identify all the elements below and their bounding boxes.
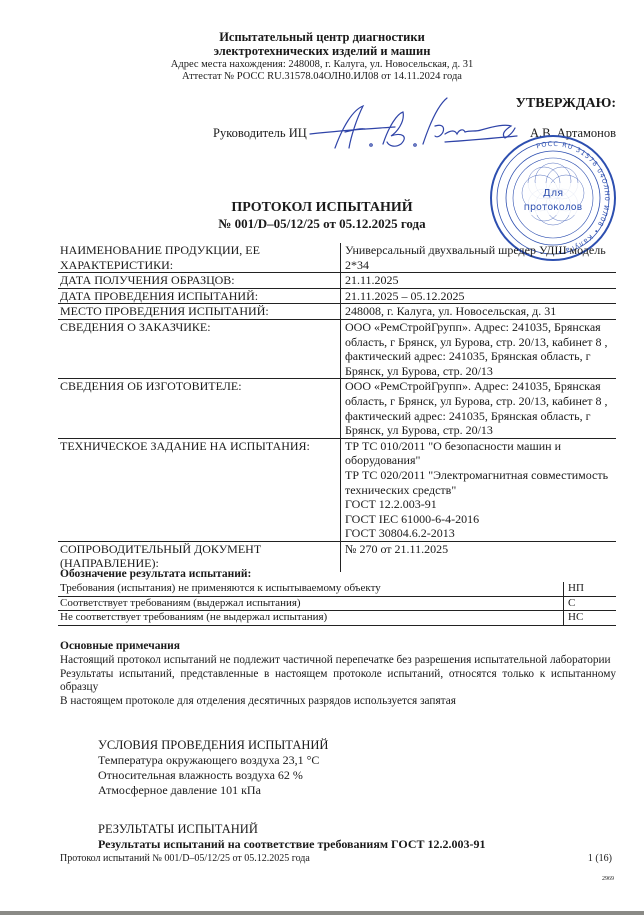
row-key: СВЕДЕНИЯ ОБ ИЗГОТОВИТЕЛЕ: [58,379,341,438]
legend-code: НС [564,611,617,626]
legend-row: Соответствует требованиям (выдержал испы… [58,596,616,611]
row-key: ДАТА ПОЛУЧЕНИЯ ОБРАЗЦОВ: [58,273,341,289]
legend-row: Не соответствует требованиям (не выдержа… [58,611,616,626]
standard-line: ТР ТС 010/2011 "О безопасности машин и о… [345,439,614,468]
row-key: ДАТА ПРОВЕДЕНИЯ ИСПЫТАНИЙ: [58,288,341,304]
legend-code: НП [564,582,617,596]
row-value: ТР ТС 010/2011 "О безопасности машин и о… [341,438,617,541]
row-value: № 270 от 21.11.2025 [341,541,617,572]
table-row: ТЕХНИЧЕСКОЕ ЗАДАНИЕ НА ИСПЫТАНИЯ: ТР ТС … [58,438,616,541]
notes-title: Основные примечания [60,640,180,652]
results-title: РЕЗУЛЬТАТЫ ИСПЫТАНИЙ [98,822,258,837]
protocol-title: ПРОТОКОЛ ИСПЫТАНИЙ [0,200,644,216]
protocol-number: № 001/D–05/12/25 от 05.12.2025 года [0,216,644,232]
table-row: МЕСТО ПРОВЕДЕНИЯ ИСПЫТАНИЙ: 248008, г. К… [58,304,616,320]
page-bottom-edge [0,911,644,915]
footer-page-number: 1 (16) [588,853,612,864]
legend-row: Требования (испытания) не применяются к … [58,582,616,596]
condition-humidity: Относительная влажность воздуха 62 % [98,768,303,783]
legend-text: Требования (испытания) не применяются к … [58,582,564,596]
standard-line: ГОСТ 30804.6.2-2013 [345,526,614,541]
standard-line: ТР ТС 020/2011 "Электромагнитная совмест… [345,468,614,497]
condition-temperature: Температура окружающего воздуха 23,1 °C [98,753,319,768]
approver-position: Руководитель ИЦ [213,126,307,141]
org-name-line2: электротехнических изделий и машин [0,44,644,59]
row-value: ООО «РемСтройГрупп». Адрес: 241035, Брян… [341,319,617,378]
table-row: НАИМЕНОВАНИЕ ПРОДУКЦИИ, ЕЕ ХАРАКТЕРИСТИК… [58,243,616,273]
results-subtitle: Результаты испытаний на соответствие тре… [98,837,486,852]
table-row: ДАТА ПРОВЕДЕНИЯ ИСПЫТАНИЙ: 21.11.2025 – … [58,288,616,304]
table-row: СВЕДЕНИЯ ОБ ИЗГОТОВИТЕЛЕ: ООО «РемСтройГ… [58,379,616,438]
legend-code: С [564,596,617,611]
row-key: СВЕДЕНИЯ О ЗАКАЗЧИКЕ: [58,319,341,378]
result-legend-table: Требования (испытания) не применяются к … [58,582,616,626]
row-key: МЕСТО ПРОВЕДЕНИЯ ИСПЫТАНИЙ: [58,304,341,320]
footer-code: 2969 [602,876,614,882]
notes-body: Настоящий протокол испытаний не подлежит… [60,654,616,708]
row-value: 21.11.2025 [341,273,617,289]
footer-protocol: Протокол испытаний № 001/D–05/12/25 от 0… [60,853,310,864]
row-value: ООО «РемСтройГрупп». Адрес: 241035, Брян… [341,379,617,438]
standard-line: ГОСТ IEC 61000-6-4-2016 [345,512,614,527]
approval-label: УТВЕРЖДАЮ: [516,96,616,112]
condition-pressure: Атмосферное давление 101 кПа [98,783,261,798]
row-value: 248008, г. Калуга, ул. Новосельская, д. … [341,304,617,320]
result-legend-title: Обозначение результата испытаний: [60,568,251,580]
org-name-line1: Испытательный центр диагностики [0,30,644,45]
standard-line: ГОСТ 12.2.003-91 [345,497,614,512]
table-row: ДАТА ПОЛУЧЕНИЯ ОБРАЗЦОВ: 21.11.2025 [58,273,616,289]
info-table: НАИМЕНОВАНИЕ ПРОДУКЦИИ, ЕЕ ХАРАКТЕРИСТИК… [58,243,616,572]
legend-text: Не соответствует требованиям (не выдержа… [58,611,564,626]
note-item: Результаты испытаний, представленные в н… [60,668,616,695]
row-key: НАИМЕНОВАНИЕ ПРОДУКЦИИ, ЕЕ ХАРАКТЕРИСТИК… [58,243,341,273]
row-value: 21.11.2025 – 05.12.2025 [341,288,617,304]
table-row: СВЕДЕНИЯ О ЗАКАЗЧИКЕ: ООО «РемСтройГрупп… [58,319,616,378]
org-attestation: Аттестат № РОСС RU.31578.04ОЛН0.ИЛ08 от … [0,70,644,83]
note-item: В настоящем протоколе для отделения деся… [60,695,616,709]
note-item: Настоящий протокол испытаний не подлежит… [60,654,616,668]
legend-text: Соответствует требованиям (выдержал испы… [58,596,564,611]
row-key: ТЕХНИЧЕСКОЕ ЗАДАНИЕ НА ИСПЫТАНИЯ: [58,438,341,541]
svg-text:Для: Для [543,188,563,199]
conditions-title: УСЛОВИЯ ПРОВЕДЕНИЯ ИСПЫТАНИЙ [98,738,328,753]
row-value: Универсальный двухвальный шредер УДШ мод… [341,243,617,273]
